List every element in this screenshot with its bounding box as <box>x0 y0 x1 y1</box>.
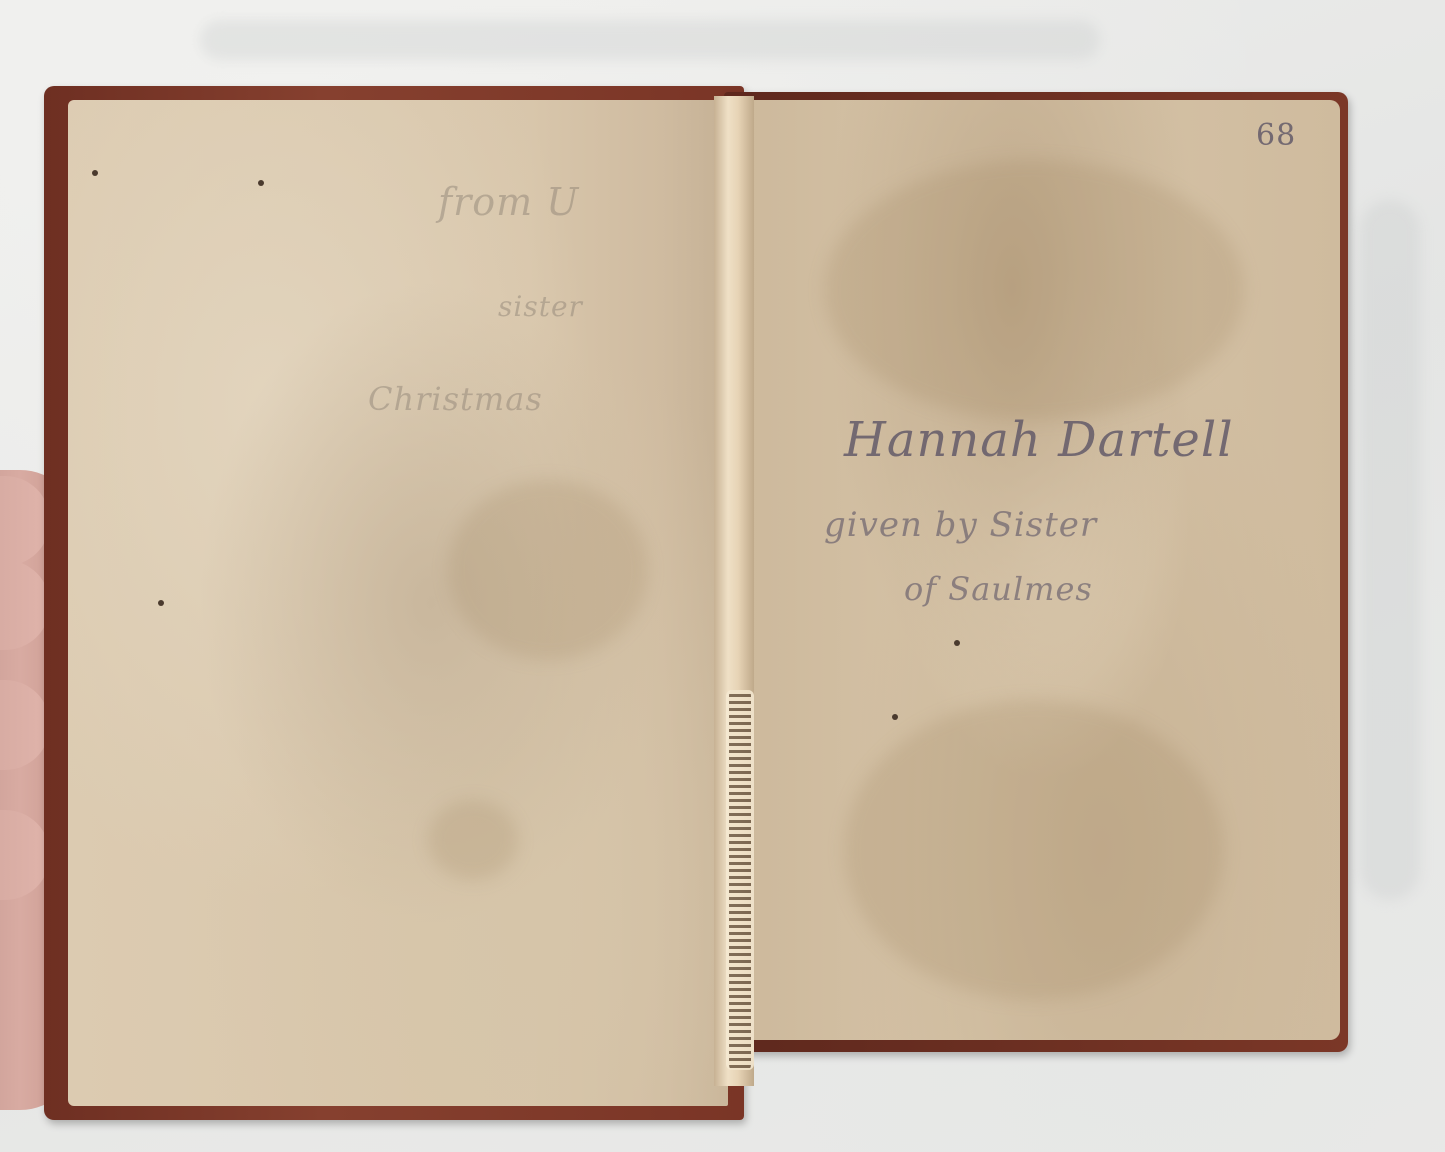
cloth-fold <box>1360 200 1420 900</box>
page-number: 68 <box>1256 118 1296 153</box>
faint-pencil-text: from U <box>438 180 579 224</box>
inscription-line-1: Hannah Dartell <box>844 412 1234 468</box>
ink-spot <box>892 714 898 720</box>
right-flyleaf: 68 Hannah Dartell given by Sister of Sau… <box>744 100 1340 1040</box>
ink-spot <box>158 600 164 606</box>
inscription-line-3: of Saulmes <box>904 570 1093 608</box>
left-endpaper: from U sister Christmas <box>68 100 728 1106</box>
stain <box>844 700 1224 1000</box>
stain <box>448 480 648 660</box>
faint-pencil-text: sister <box>498 290 583 323</box>
exposed-binding-stitching <box>726 690 754 1070</box>
ink-spot <box>92 170 98 176</box>
inscription-line-2: given by Sister <box>824 505 1097 545</box>
stain <box>824 160 1244 420</box>
cloth-fold <box>200 20 1100 60</box>
stain <box>428 800 518 880</box>
faint-pencil-text: Christmas <box>368 380 543 418</box>
ink-spot <box>954 640 960 646</box>
ink-spot <box>258 180 264 186</box>
